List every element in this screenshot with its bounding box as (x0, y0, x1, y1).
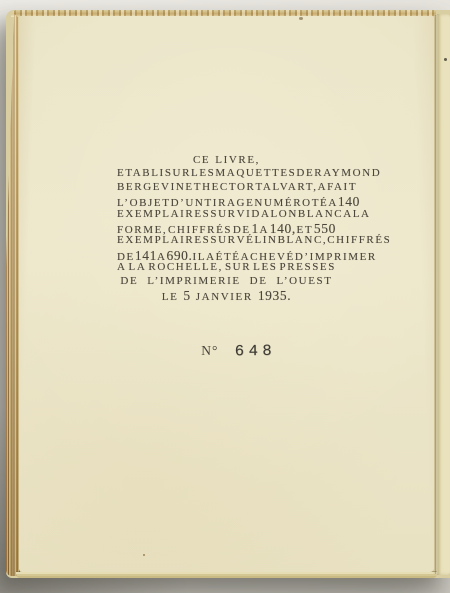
colophon-word: RAYMOND (314, 167, 381, 179)
paper-speck (444, 58, 447, 61)
colophon-line: ETABLISURLESMAQUETTESDERAYMOND (117, 167, 336, 180)
colophon-word: DE (120, 275, 138, 287)
colophon-text: CELIVRE,ETABLISURLESMAQUETTESDERAYMONDBE… (117, 154, 336, 301)
colophon-word: DE (250, 275, 268, 287)
colophon-word: LES (253, 261, 277, 273)
colophon-word: JANVIER (196, 291, 253, 303)
colophon-line: DEL’IMPRIMERIEDEL’OUEST (117, 275, 336, 288)
colophon-line: FORME,CHIFFRÉSDE1A140,ET550 (117, 221, 336, 234)
numero-row: N° 648 (201, 342, 276, 360)
photo-background: CELIVRE,ETABLISURLESMAQUETTESDERAYMONDBE… (0, 0, 450, 593)
colophon-line: BERGEVINETHECTORTALVART,AFAIT (117, 181, 336, 194)
colophon-word: 1935. (258, 288, 291, 304)
paper-speck (143, 554, 145, 556)
colophon-word: LES (191, 167, 215, 179)
paper-speck (299, 17, 303, 20)
colophon-word: VÉLIN (237, 234, 278, 246)
colophon-word: ROCHELLE, (148, 261, 223, 273)
colophon-word: EXEMPLAIRES (117, 208, 210, 220)
colophon-word: SUR (225, 261, 251, 273)
colophon-line: L’OBJETD’UNTIRAGENUMÉROTÉA140 (117, 194, 336, 207)
colophon-word: CHIFFRÉS (327, 234, 391, 246)
colophon-word: HECTOR (202, 181, 255, 193)
colophon-line: DE141A690.ILAÉTÉACHEVÉD’IMPRIMER (117, 248, 336, 261)
numero-stamp: 648 (234, 342, 276, 360)
colophon-word: BLANC, (278, 234, 328, 246)
colophon-word: SUR (210, 234, 236, 246)
colophon-word: PRESSES (280, 261, 336, 273)
colophon-word: L’IMPRIMERIE (147, 275, 240, 287)
numero-label: N° (201, 343, 218, 359)
colophon-word: SUR (165, 167, 191, 179)
colophon-word: MAQUETTES (215, 167, 296, 179)
colophon-line: EXEMPLAIRESSURVIDALONBLANCALA (117, 208, 336, 221)
colophon-line: EXEMPLAIRESSURVÉLINBLANC,CHIFFRÉS (117, 234, 336, 247)
colophon-word: A (318, 181, 328, 193)
colophon-word: 5 (183, 288, 190, 304)
colophon-word: BLANC (298, 208, 343, 220)
colophon-word: TALVART, (255, 181, 317, 193)
colophon-page: CELIVRE,ETABLISURLESMAQUETTESDERAYMONDBE… (19, 16, 434, 572)
book: CELIVRE,ETABLISURLESMAQUETTESDERAYMONDBE… (6, 10, 450, 578)
colophon-word: A (343, 208, 353, 220)
colophon-word: LA (129, 261, 147, 273)
colophon-word: BERGEVIN (117, 181, 185, 193)
colophon-line: LE5JANVIER1935. (117, 288, 336, 301)
colophon-word: L’OUEST (277, 275, 333, 287)
colophon-word: ET (185, 181, 202, 193)
colophon-line: ALAROCHELLE,SURLESPRESSES (117, 261, 336, 274)
colophon-word: DE (296, 167, 314, 179)
colophon-word: LIVRE, (215, 154, 260, 166)
colophon-word: SUR (210, 208, 236, 220)
colophon-word: A (117, 261, 127, 273)
colophon-word: LA (353, 208, 371, 220)
colophon-word: LE (162, 291, 179, 303)
book-bottom-edge (16, 571, 437, 578)
colophon-word: ETABLI (117, 167, 165, 179)
colophon-word: VIDALON (237, 208, 298, 220)
adjacent-page (437, 14, 450, 575)
colophon-word: FAIT (327, 181, 357, 193)
colophon-line: CELIVRE, (117, 154, 336, 167)
colophon-word: CE (193, 154, 210, 166)
colophon-word: EXEMPLAIRES (117, 234, 210, 246)
